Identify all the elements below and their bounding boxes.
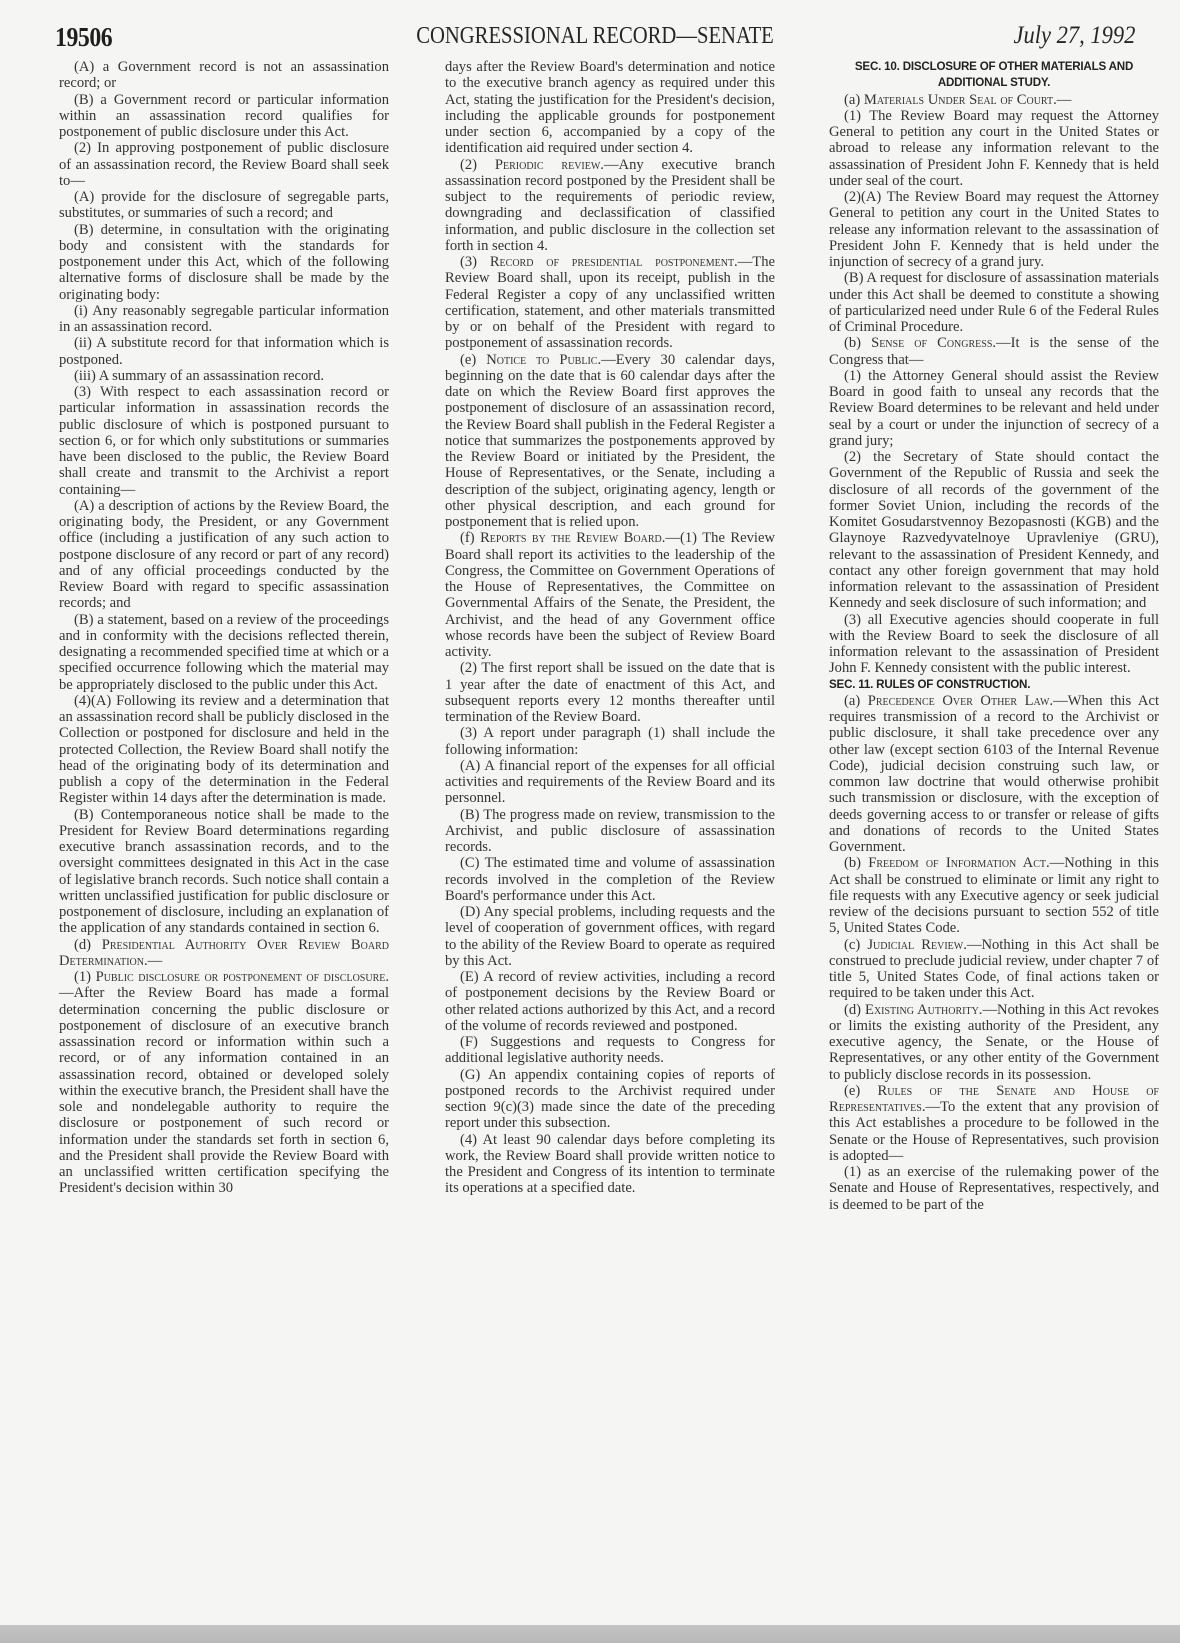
page-number: 19506 bbox=[55, 22, 112, 53]
paragraph: (A) provide for the disclosure of segreg… bbox=[59, 189, 389, 222]
paragraph: (4) At least 90 calendar days before com… bbox=[445, 1132, 775, 1197]
paragraph: (e) Notice to Public.—Every 30 calendar … bbox=[445, 352, 775, 531]
paragraph: (f) Reports by the Review Board.—(1) The… bbox=[445, 530, 775, 660]
paragraph: (B) a statement, based on a review of th… bbox=[59, 612, 389, 693]
paragraph: (G) An appendix containing copies of rep… bbox=[445, 1067, 775, 1132]
paragraph: (i) Any reasonably segregable particular… bbox=[59, 303, 389, 336]
paragraph: (E) A record of review activities, inclu… bbox=[445, 969, 775, 1034]
document-page: 19506 CONGRESSIONAL RECORD—SENATE July 2… bbox=[0, 0, 1180, 1625]
paragraph: (A) a description of actions by the Revi… bbox=[59, 498, 389, 612]
paragraph: (A) a Government record is not an assass… bbox=[59, 59, 389, 92]
paragraph: (C) The estimated time and volume of ass… bbox=[445, 855, 775, 904]
paragraph: (b) Freedom of Information Act.—Nothing … bbox=[829, 855, 1159, 936]
section-10-heading: SEC. 10. DISCLOSURE OF OTHER MATERIALS A… bbox=[829, 59, 1159, 92]
text-column-left: (A) a Government record is not an assass… bbox=[59, 59, 389, 1197]
section-11-heading: SEC. 11. RULES OF CONSTRUCTION. bbox=[829, 677, 1159, 693]
paragraph: (F) Suggestions and requests to Congress… bbox=[445, 1034, 775, 1067]
text-column-right: SEC. 10. DISCLOSURE OF OTHER MATERIALS A… bbox=[829, 59, 1159, 1213]
paragraph: (3) all Executive agencies should cooper… bbox=[829, 612, 1159, 677]
paragraph: (1) Public disclosure or postponement of… bbox=[59, 969, 389, 1197]
paragraph: (1) the Attorney General should assist t… bbox=[829, 368, 1159, 449]
text-column-middle: days after the Review Board's determinat… bbox=[445, 59, 775, 1197]
paragraph: (1) as an exercise of the rulemaking pow… bbox=[829, 1164, 1159, 1213]
paragraph-continued: days after the Review Board's determinat… bbox=[445, 59, 775, 157]
paragraph: (b) Sense of Congress.—It is the sense o… bbox=[829, 335, 1159, 368]
paragraph: (D) Any special problems, including requ… bbox=[445, 904, 775, 969]
paragraph: (3) With respect to each assassination r… bbox=[59, 384, 389, 498]
paragraph: (A) A financial report of the expenses f… bbox=[445, 758, 775, 807]
paragraph: (2)(A) The Review Board may request the … bbox=[829, 189, 1159, 270]
paragraph: (2) In approving postponement of public … bbox=[59, 140, 389, 189]
paragraph: (1) The Review Board may request the Att… bbox=[829, 108, 1159, 189]
subsection-heading: (d) Presidential Authority Over Review B… bbox=[59, 937, 389, 970]
paragraph: (4)(A) Following its review and a determ… bbox=[59, 693, 389, 807]
paragraph: (B) a Government record or particular in… bbox=[59, 92, 389, 141]
journal-title: CONGRESSIONAL RECORD—SENATE bbox=[131, 23, 1060, 50]
paragraph: (B) A request for disclosure of assassin… bbox=[829, 270, 1159, 335]
paragraph: (d) Existing Authority.—Nothing in this … bbox=[829, 1002, 1159, 1083]
paragraph: (ii) A substitute record for that inform… bbox=[59, 335, 389, 368]
paragraph: (iii) A summary of an assassination reco… bbox=[59, 368, 389, 384]
paragraph: (2) The first report shall be issued on … bbox=[445, 660, 775, 725]
paragraph: (c) Judicial Review.—Nothing in this Act… bbox=[829, 937, 1159, 1002]
page-header: 19506 CONGRESSIONAL RECORD—SENATE July 2… bbox=[55, 20, 1135, 56]
paragraph: (3) Record of presidential postponement.… bbox=[445, 254, 775, 352]
paragraph: (2) the Secretary of State should contac… bbox=[829, 449, 1159, 612]
paragraph: (a) Precedence Over Other Law.—When this… bbox=[829, 693, 1159, 856]
paragraph: (B) determine, in consultation with the … bbox=[59, 222, 389, 303]
paragraph: (e) Rules of the Senate and House of Rep… bbox=[829, 1083, 1159, 1164]
subsection-heading: (a) Materials Under Seal of Court.— bbox=[829, 92, 1159, 108]
paragraph: (3) A report under paragraph (1) shall i… bbox=[445, 725, 775, 758]
paragraph: (2) Periodic review.—Any executive branc… bbox=[445, 157, 775, 255]
scan-bottom-edge bbox=[0, 1625, 1180, 1643]
paragraph: (B) Contemporaneous notice shall be made… bbox=[59, 807, 389, 937]
issue-date: July 27, 1992 bbox=[1013, 22, 1135, 50]
paragraph: (B) The progress made on review, transmi… bbox=[445, 807, 775, 856]
